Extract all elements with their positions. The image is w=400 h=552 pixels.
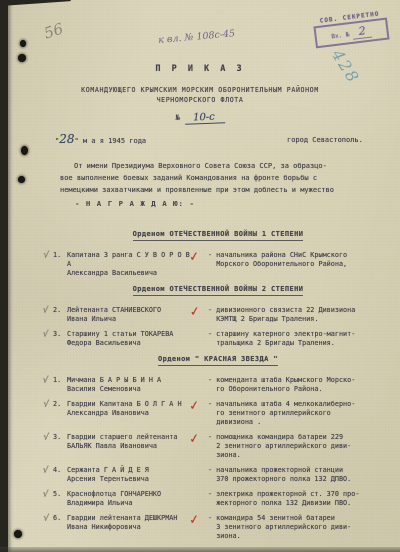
item-desc: - начальника прожекторной станции 370 пр…: [208, 466, 394, 484]
section-items: √ 2. Лейтенанта СТАНИЕВСКОГО Ивана Ильич…: [42, 306, 394, 348]
secrecy-stamp: СОВ. СЕКРЕТНО Вх. № 2: [312, 10, 389, 49]
order-number-value: 10-с: [184, 111, 224, 124]
document-scan: 56 к вл. № 108с-45 СОВ. СЕКРЕТНО Вх. № 2…: [0, 0, 400, 552]
section-heading: Орденом " КРАСНАЯ ЗВЕЗДА ": [158, 355, 278, 366]
date-rest: " м а я 1945 года: [75, 137, 147, 145]
item-number: 2.: [53, 306, 67, 324]
item-name: Сержанта Г А Й Д Е Я Арсения Терентьевич…: [67, 466, 191, 484]
date-day-handwritten: 28: [59, 132, 74, 146]
award-section: Орденом ОТЕЧЕСТВЕННОЙ ВОЙНЫ 2 СТЕПЕНИ √ …: [42, 285, 394, 348]
item-name: Гвардии старшего лейтенанта БАЛЬЯК Павла…: [67, 433, 191, 460]
pencil-check-icon: √: [41, 466, 54, 484]
pencil-check-icon: √: [41, 306, 54, 324]
award-item-row: √ 1. Капитана 3 ранга С У В О Р О В А Ал…: [42, 251, 394, 278]
scan-bottom-edge: [0, 547, 400, 552]
punch-hole: [18, 54, 26, 62]
award-section: Орденом ОТЕЧЕСТВЕННОЙ ВОЙНЫ 1 СТЕПЕНИ √ …: [42, 230, 394, 278]
item-desc: - старшину катерного электро-магнит- тра…: [208, 330, 394, 348]
section-heading: Орденом ОТЕЧЕСТВЕННОЙ ВОЙНЫ 1 СТЕПЕНИ: [133, 230, 304, 241]
preamble-text: От имени Президиума Верховного Совета Со…: [60, 160, 352, 197]
item-name: Лейтенанта СТАНИЕВСКОГО Ивана Ильича: [67, 306, 191, 324]
place-name: город Севастополь.: [287, 136, 363, 144]
section-heading: Орденом ОТЕЧЕСТВЕННОЙ ВОЙНЫ 2 СТЕПЕНИ: [133, 285, 304, 296]
dateline: "28" м а я 1945 года город Севастополь.: [55, 136, 375, 145]
order-header: П Р И К А З КОМАНДУЮЩЕГО КРЫМСКИМ МОРСКИ…: [30, 64, 370, 124]
red-check-icon: ✓: [189, 399, 210, 428]
order-number-label: №: [175, 113, 180, 122]
award-item-row: √ 1. Мичмана Б А Р Ы Б И Н А Василия Сем…: [42, 376, 394, 394]
award-item-row: √ 2. Лейтенанта СТАНИЕВСКОГО Ивана Ильич…: [42, 306, 394, 324]
award-item-row: √ 6. Гвардии лейтенанта ДЕШКРМАН Ивана Н…: [42, 514, 394, 541]
item-number: 2.: [53, 400, 67, 427]
item-number: 3.: [53, 330, 67, 348]
item-number: 1.: [53, 251, 67, 278]
item-number: 1.: [53, 376, 67, 394]
award-item-row: √ 4. Сержанта Г А Й Д Е Я Арсения Терент…: [42, 466, 394, 484]
scan-left-edge: [0, 0, 8, 552]
award-section: Орденом " КРАСНАЯ ЗВЕЗДА " √ 1. Мичмана …: [42, 355, 394, 541]
section-items: √ 1. Мичмана Б А Р Ы Б И Н А Василия Сем…: [42, 376, 394, 541]
item-name: Мичмана Б А Р Ы Б И Н А Василия Семенови…: [67, 376, 191, 394]
section-heading-row: Орденом ОТЕЧЕСТВЕННОЙ ВОЙНЫ 1 СТЕПЕНИ: [42, 230, 394, 241]
stamp-inbox-label: Вх. №: [331, 31, 350, 40]
issuer-line-2: ЧЕРНОМОРСКОГО ФЛОТА: [30, 96, 370, 106]
punch-hole: [20, 40, 26, 47]
pencil-check-icon: √: [41, 330, 54, 348]
item-desc: - начальника штаба 4 мелкокалиберно- го …: [208, 400, 394, 427]
award-item-row: √ 2. Гвардии Капитана Б О Л Г А Н Алекса…: [42, 400, 394, 427]
item-name: Гвардии лейтенанта ДЕШКРМАН Ивана Никифо…: [67, 514, 191, 541]
item-desc: - начальника района СНиС Крымского Морск…: [208, 251, 394, 278]
red-check-icon: ✓: [189, 432, 210, 461]
pencil-page-number: 56: [42, 19, 66, 42]
stamp-inbox-number: 2: [352, 24, 373, 40]
pencil-check-icon: √: [41, 490, 54, 508]
pencil-check-icon: √: [41, 376, 54, 394]
punch-hole: [18, 176, 25, 183]
order-title: П Р И К А З: [30, 64, 370, 74]
item-desc: - командира 54 зенитной батареи 3 зенитн…: [208, 514, 394, 541]
punch-hole: [14, 530, 22, 538]
order-number-line: № 10-с: [30, 112, 370, 124]
item-name: Капитана 3 ранга С У В О Р О В А Алексан…: [67, 251, 191, 278]
award-item-row: √ 3. Старшину 1 статьи ТОКАРЕВА Федора В…: [42, 330, 394, 348]
item-desc: - дивизионного связиста 22 Дивизиона КЭМ…: [208, 306, 394, 324]
item-number: 4.: [53, 466, 67, 484]
award-item-row: √ 3. Гвардии старшего лейтенанта БАЛЬЯК …: [42, 433, 394, 460]
award-declaration: - Н А Г Р А Ж Д А Ю: -: [75, 199, 195, 208]
item-number: 6.: [53, 514, 67, 541]
item-name: Старшину 1 статьи ТОКАРЕВА Федора Василь…: [67, 330, 191, 348]
item-desc: - помощника командира батареи 229 2 зени…: [208, 433, 394, 460]
item-number: 5.: [53, 490, 67, 508]
item-number: 3.: [53, 433, 67, 460]
pencil-filing-note: к вл. № 108с-45: [158, 21, 318, 46]
red-check-icon: ✓: [189, 513, 210, 542]
item-name: Гвардии Капитана Б О Л Г А Н Александра …: [67, 400, 191, 427]
section-items: √ 1. Капитана 3 ранга С У В О Р О В А Ал…: [42, 251, 394, 278]
section-heading-row: Орденом ОТЕЧЕСТВЕННОЙ ВОЙНЫ 2 СТЕПЕНИ: [42, 285, 394, 296]
item-name: Краснофлотца ГОНЧАРЕНКО Владимира Ильича: [67, 490, 191, 508]
section-heading-row: Орденом " КРАСНАЯ ЗВЕЗДА ": [42, 355, 394, 366]
issuer-line-1: КОМАНДУЮЩЕГО КРЫМСКИМ МОРСКИМ ОБОРОНИТЕЛ…: [30, 86, 370, 96]
scan-top-edge: [0, 0, 71, 6]
award-sections: Орденом ОТЕЧЕСТВЕННОЙ ВОЙНЫ 1 СТЕПЕНИ √ …: [42, 223, 394, 547]
punch-hole: [21, 146, 28, 155]
red-check-icon: ✓: [189, 250, 210, 279]
red-check-icon: ✓: [190, 305, 209, 325]
award-item-row: √ 5. Краснофлотца ГОНЧАРЕНКО Владимира И…: [42, 490, 394, 508]
item-desc: - коменданта штаба Крымского Морско- го …: [208, 376, 394, 394]
item-desc: - электрика прожекторной ст. 370 про- же…: [208, 490, 394, 508]
